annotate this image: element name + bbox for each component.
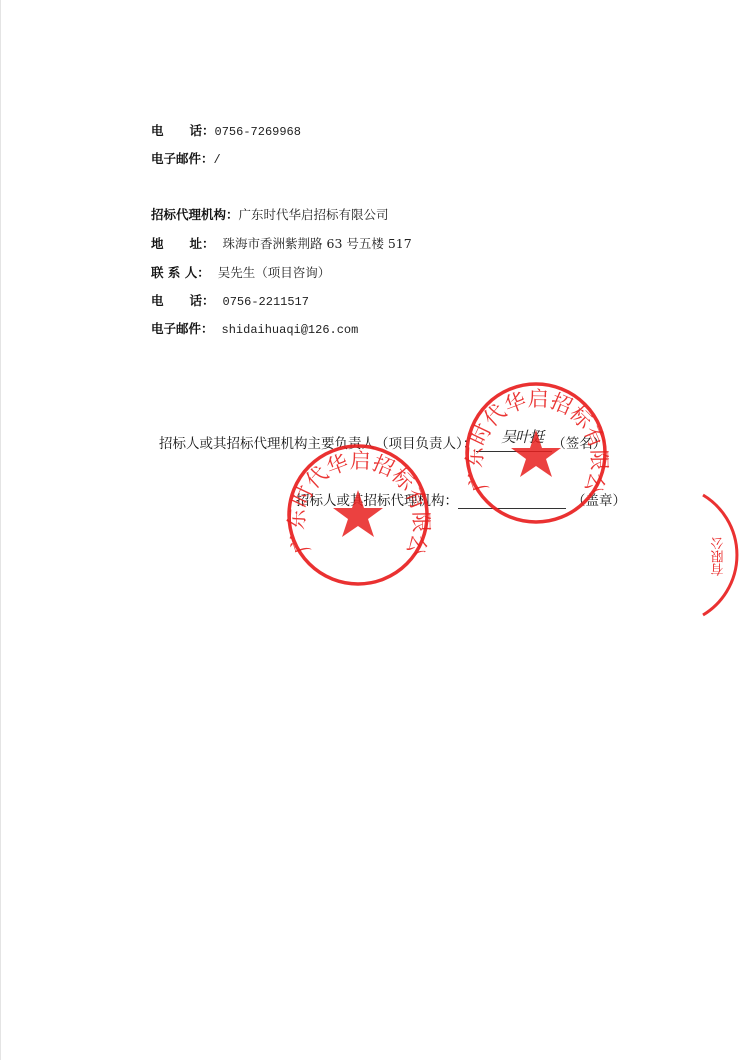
tenderer-phone-value: 0756-7269968 — [215, 125, 301, 139]
agency-phone-label: 电话： — [151, 293, 215, 309]
partial-seal-text: 有限公 — [711, 536, 727, 576]
agency-phone-row: 电话：0756-2211517 — [151, 293, 309, 310]
partial-seal-stamp: 有限公 — [691, 490, 750, 620]
agency-email-row: 电子邮件：shidaihuaqi@126.com — [151, 321, 358, 338]
agency-address-row: 地址：珠海市香洲紫荆路 63 号五楼 517 — [151, 236, 412, 252]
tenderer-email-row: 电子邮件：/ — [151, 151, 221, 168]
seal-suffix: （盖章） — [572, 493, 626, 509]
seal-blank — [458, 494, 566, 509]
agency-email-value: shidaihuaqi@126.com — [222, 323, 359, 337]
agency-name-label: 招标代理机构： — [151, 207, 239, 223]
agency-contact-value: 吴先生（项目咨询） — [218, 265, 331, 280]
company-seal-stamp-left: 广东时代华启招标有限公司 — [283, 440, 433, 590]
email-label: 电子邮件： — [151, 151, 214, 167]
document-page: 电话：0756-7269968 电子邮件：/ 招标代理机构：广东时代华启招标有限… — [0, 0, 750, 1060]
tenderer-phone-row: 电话：0756-7269968 — [151, 123, 301, 140]
handwritten-signature: 吴叶挺 — [501, 426, 543, 447]
agency-address-value: 珠海市香洲紫荆路 63 号五楼 517 — [223, 236, 412, 251]
agency-name-value: 广东时代华启招标有限公司 — [239, 207, 389, 222]
agency-contact-row: 联 系 人：吴先生（项目咨询） — [151, 265, 330, 281]
responsible-suffix: （签名） — [552, 436, 606, 452]
seal-label: 招标人或其招标代理机构： — [296, 493, 458, 509]
phone-label: 电话： — [151, 123, 215, 139]
seal-line: 招标人或其招标代理机构：（盖章） — [296, 489, 626, 509]
agency-phone-value: 0756-2211517 — [223, 295, 309, 309]
contact-label: 联 系 人： — [151, 265, 210, 281]
tenderer-email-value: / — [214, 153, 221, 167]
responsible-label: 招标人或其招标代理机构主要负责人（项目负责人）： — [159, 436, 476, 452]
agency-email-label: 电子邮件： — [151, 321, 214, 337]
agency-name-row: 招标代理机构：广东时代华启招标有限公司 — [151, 207, 389, 223]
address-label: 地址： — [151, 236, 215, 252]
